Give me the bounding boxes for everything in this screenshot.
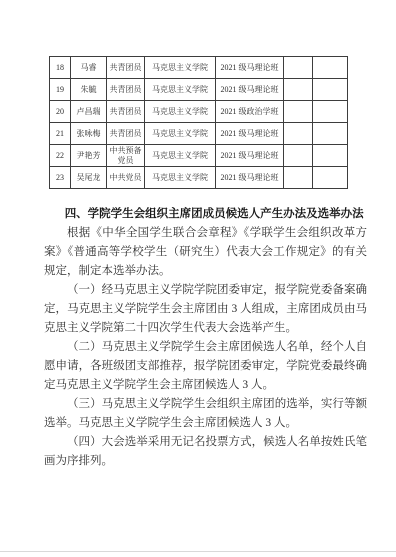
cell-class: 2021 级政治学班: [216, 101, 284, 123]
cell-empty: [313, 79, 348, 101]
table-row: 19 朱毓 共青团员 马克思主义学院 2021 级马理论班: [50, 79, 348, 101]
cell-number: 22: [50, 145, 71, 167]
cell-number: 23: [50, 167, 71, 189]
cell-empty: [284, 101, 313, 123]
table-row: 23 吴尾龙 中共党员 马克思主义学院 2021 级马理论班: [50, 167, 348, 189]
cell-name: 朱毓: [71, 79, 107, 101]
cell-empty: [313, 101, 348, 123]
cell-college: 马克思主义学院: [145, 101, 216, 123]
cell-class: 2021 级马理论班: [216, 57, 284, 79]
cell-college: 马克思主义学院: [145, 57, 216, 79]
cell-empty: [284, 57, 313, 79]
cell-class: 2021 级马理论班: [216, 123, 284, 145]
cell-status: 共青团员: [107, 79, 145, 101]
paragraph: （三）马克思主义学院学生会组织主席团的选举，实行等额选举。马克思主义学院学生会主…: [44, 395, 367, 433]
cell-empty: [313, 57, 348, 79]
cell-number: 18: [50, 57, 71, 79]
paragraph: （一）经马克思主义学院学院团委审定，报学院党委备案确定，马克思主义学院学生会主席…: [44, 281, 367, 338]
cell-college: 马克思主义学院: [145, 79, 216, 101]
cell-empty: [313, 145, 348, 167]
cell-number: 20: [50, 101, 71, 123]
document-page: { "page": { "background": "#ffffff", "te…: [0, 0, 396, 557]
cell-status: 中共预备党员: [107, 145, 145, 167]
cell-status: 中共党员: [107, 167, 145, 189]
cell-class: 2021 级马理论班: [216, 79, 284, 101]
cell-empty: [313, 123, 348, 145]
cell-name: 吴尾龙: [71, 167, 107, 189]
cell-empty: [284, 123, 313, 145]
cell-name: 马睿: [71, 57, 107, 79]
paragraph: 根据《中华全国学生联合会章程》《学联学生会组织改革方案》《普通高等学校学生（研究…: [44, 224, 367, 281]
cell-name: 卢昌瑞: [71, 101, 107, 123]
member-roster-table: 18 马睿 共青团员 马克思主义学院 2021 级马理论班 19 朱毓 共青团员…: [49, 56, 348, 189]
cell-status: 共青团员: [107, 57, 145, 79]
section-heading: 四、学院学生会组织主席团成员候选人产生办法及选举办法: [44, 205, 367, 224]
cell-empty: [284, 145, 313, 167]
page-bottom-edge: [0, 551, 396, 552]
table-row: 18 马睿 共青团员 马克思主义学院 2021 级马理论班: [50, 57, 348, 79]
cell-name: 尹艳芳: [71, 145, 107, 167]
cell-empty: [284, 79, 313, 101]
cell-number: 21: [50, 123, 71, 145]
cell-college: 马克思主义学院: [145, 123, 216, 145]
cell-college: 马克思主义学院: [145, 145, 216, 167]
table-row: 22 尹艳芳 中共预备党员 马克思主义学院 2021 级马理论班: [50, 145, 348, 167]
table-row: 21 张咏梅 共青团员 马克思主义学院 2021 级马理论班: [50, 123, 348, 145]
cell-status: 共青团员: [107, 101, 145, 123]
paragraph: （二）马克思主义学院学生会主席团候选人名单，经个人自愿申请，各班级团支部推荐，报…: [44, 338, 367, 395]
cell-empty: [313, 167, 348, 189]
body-text-block: 四、学院学生会组织主席团成员候选人产生办法及选举办法 根据《中华全国学生联合会章…: [44, 205, 367, 471]
cell-college: 马克思主义学院: [145, 167, 216, 189]
cell-name: 张咏梅: [71, 123, 107, 145]
cell-class: 2021 级马理论班: [216, 167, 284, 189]
cell-empty: [284, 167, 313, 189]
cell-class: 2021 级马理论班: [216, 145, 284, 167]
table-row: 20 卢昌瑞 共青团员 马克思主义学院 2021 级政治学班: [50, 101, 348, 123]
cell-status: 共青团员: [107, 123, 145, 145]
cell-number: 19: [50, 79, 71, 101]
paragraph: （四）大会选举采用无记名投票方式，候选人名单按姓氏笔画为序排列。: [44, 433, 367, 471]
